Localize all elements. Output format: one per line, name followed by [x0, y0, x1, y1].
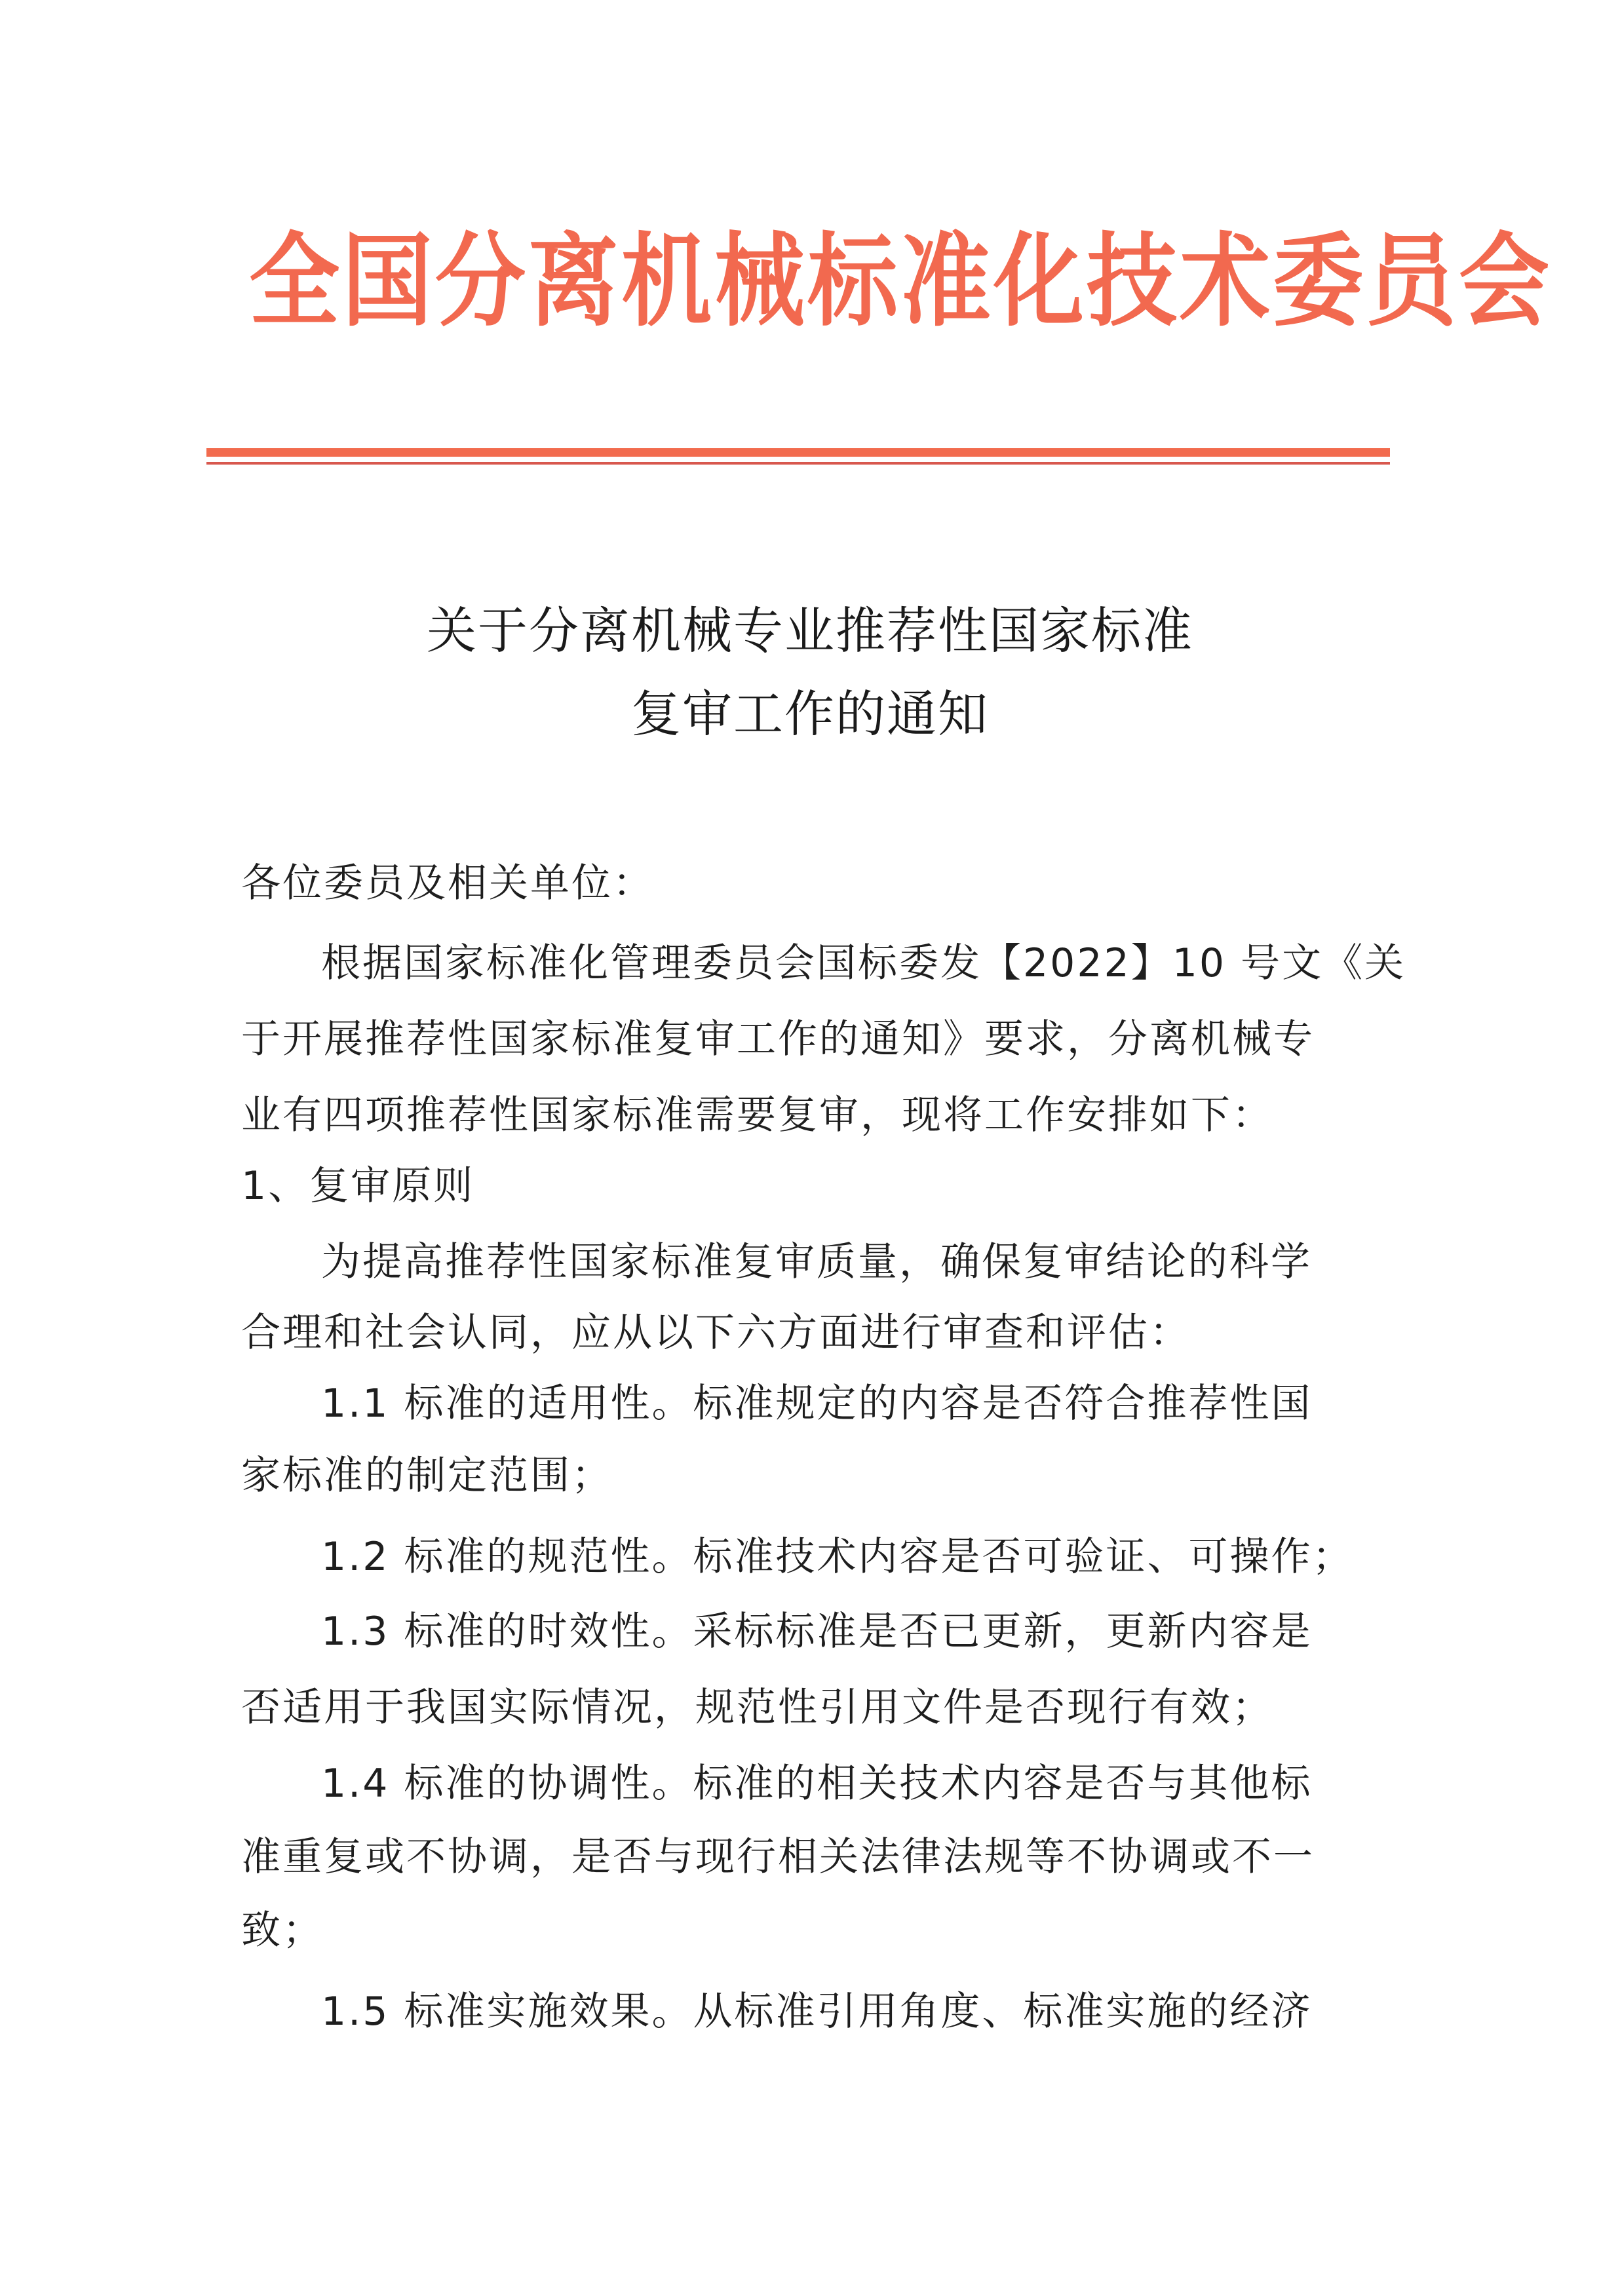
section1-paragraph-line-1: 为提高推荐性国家标准复审质量，确保复审结论的科学 — [321, 1224, 1312, 1300]
document-title-line-1: 关于分离机械专业推荐性国家标准 — [197, 600, 1423, 662]
item-1-5-line-1: 1.5 标准实施效果。从标准引用角度、标准实施的经济 — [321, 1974, 1313, 2050]
intro-line-1: 根据国家标准化管理委员会国标委发【2022】10 号文《关 — [321, 925, 1406, 1001]
letterhead-rule-thin — [206, 462, 1390, 465]
item-1-4-line-2: 准重复或不协调，是否与现行相关法律法规等不协调或不一 — [241, 1819, 1315, 1895]
item-1-3-line-2: 否适用于我国实际情况，规范性引用文件是否现行有效； — [241, 1670, 1273, 1746]
letterhead-rule-thick — [206, 448, 1390, 457]
item-1-4-line-3: 致； — [241, 1892, 324, 1968]
item-1-1-line-1: 1.1 标准的适用性。标准规定的内容是否符合推荐性国 — [321, 1366, 1313, 1442]
intro-line-3: 业有四项推荐性国家标准需要复审，现将工作安排如下： — [241, 1077, 1273, 1153]
document-page: 全国分离机械标准化技术委员会 关于分离机械专业推荐性国家标准 复审工作的通知 各… — [0, 0, 1620, 2296]
salutation: 各位委员及相关单位： — [241, 845, 654, 921]
intro-line-2: 于开展推荐性国家标准复审工作的通知》要求，分离机械专 — [241, 1001, 1315, 1077]
section-heading-1: 1、复审原则 — [241, 1148, 474, 1224]
item-1-1-line-2: 家标准的制定范围； — [241, 1438, 613, 1514]
organization-letterhead: 全国分离机械标准化技术委员会 — [249, 208, 1350, 355]
item-1-4-line-1: 1.4 标准的协调性。标准的相关技术内容是否与其他标 — [321, 1746, 1313, 1822]
item-1-2-line-1: 1.2 标准的规范性。标准技术内容是否可验证、可操作； — [321, 1519, 1354, 1595]
document-title-line-2: 复审工作的通知 — [197, 683, 1423, 746]
section1-paragraph-line-2: 合理和社会认同，应从以下六方面进行审查和评估： — [241, 1295, 1191, 1371]
item-1-3-line-1: 1.3 标准的时效性。采标标准是否已更新，更新内容是 — [321, 1594, 1313, 1670]
